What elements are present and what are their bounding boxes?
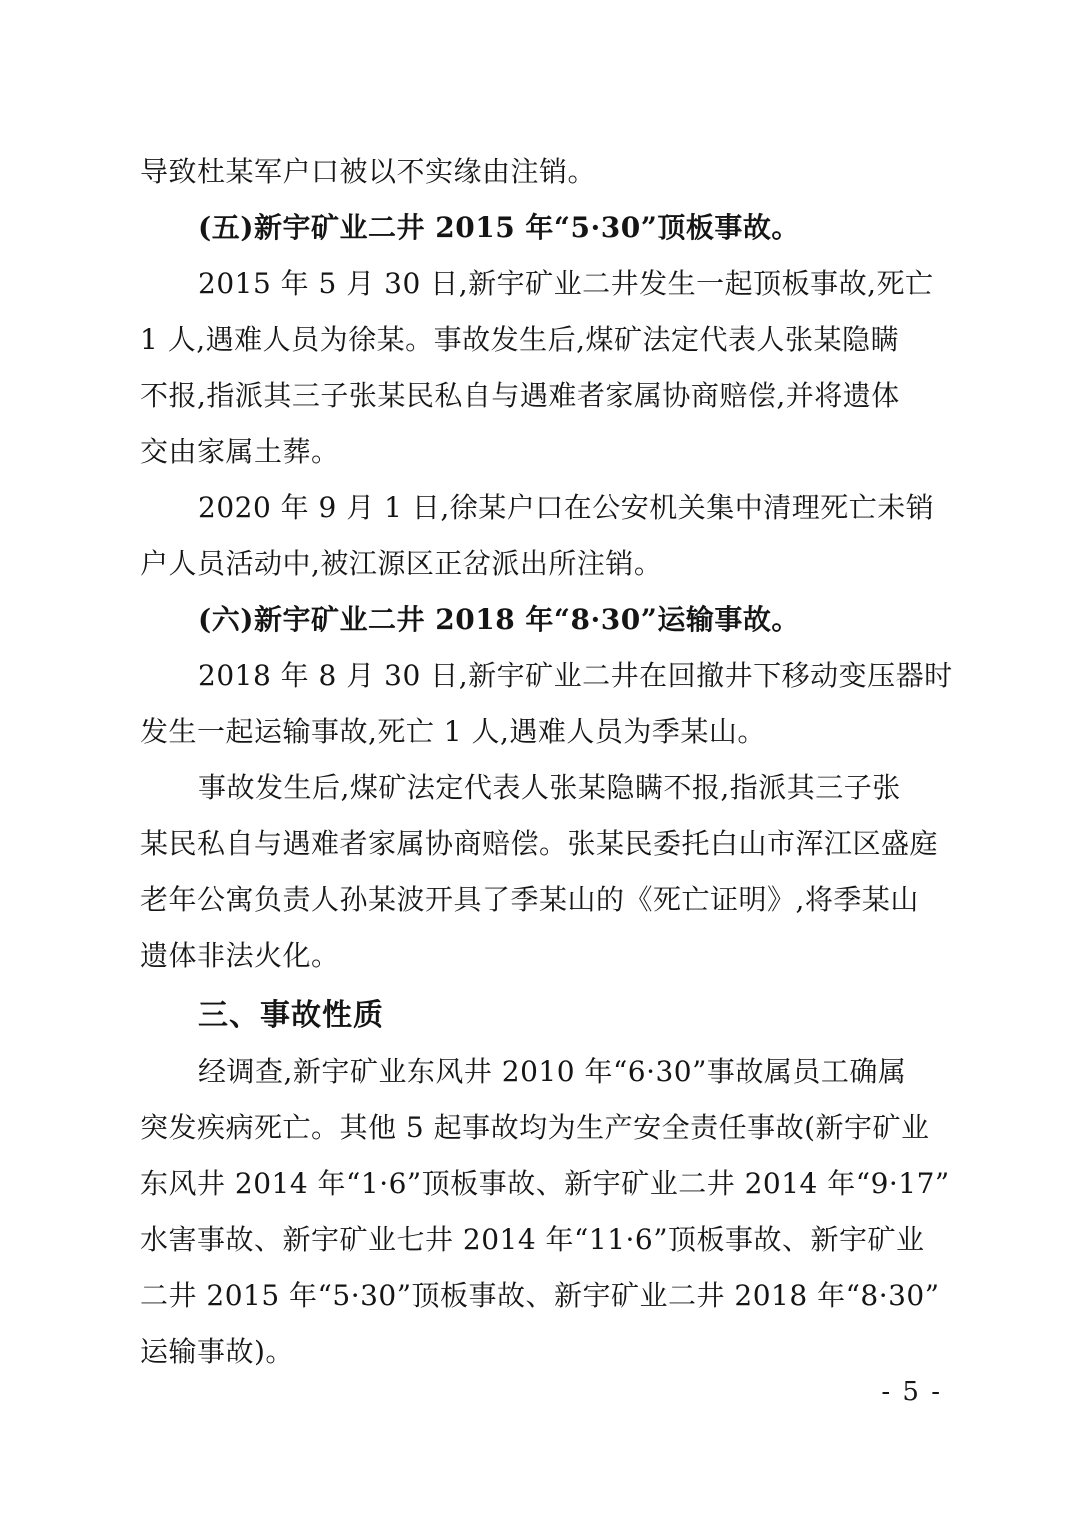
document-body: 导致杜某军户口被以不实缘由注销。 (五)新宇矿业二井 2015 年“5·30”顶…	[140, 144, 948, 1380]
document-page: 导致杜某军户口被以不实缘由注销。 (五)新宇矿业二井 2015 年“5·30”顶…	[0, 0, 1080, 1527]
text-line: 2020 年 9 月 1 日,徐某户口在公安机关集中清理死亡未销	[140, 480, 948, 536]
text-line: 导致杜某军户口被以不实缘由注销。	[140, 144, 948, 200]
text-line: 户人员活动中,被江源区正岔派出所注销。	[140, 536, 948, 592]
text-line: 遗体非法火化。	[140, 928, 948, 984]
text-line: 水害事故、新宇矿业七井 2014 年“11·6”顶板事故、新宇矿业	[140, 1212, 948, 1268]
section-heading-5: (五)新宇矿业二井 2015 年“5·30”顶板事故。	[140, 200, 948, 256]
text-line: 1 人,遇难人员为徐某。事故发生后,煤矿法定代表人张某隐瞒	[140, 312, 948, 368]
text-line: 经调查,新宇矿业东风井 2010 年“6·30”事故属员工确属	[140, 1044, 948, 1100]
text-line: 不报,指派其三子张某民私自与遇难者家属协商赔偿,并将遗体	[140, 368, 948, 424]
section-heading-6: (六)新宇矿业二井 2018 年“8·30”运输事故。	[140, 592, 948, 648]
text-line: 突发疾病死亡。其他 5 起事故均为生产安全责任事故(新宇矿业	[140, 1100, 948, 1156]
page-number: - 5 -	[881, 1372, 942, 1412]
text-line: 老年公寓负责人孙某波开具了季某山的《死亡证明》,将季某山	[140, 872, 948, 928]
text-line: 2018 年 8 月 30 日,新宇矿业二井在回撤井下移动变压器时	[140, 648, 948, 704]
text-line: 发生一起运输事故,死亡 1 人,遇难人员为季某山。	[140, 704, 948, 760]
text-line: 东风井 2014 年“1·6”顶板事故、新宇矿业二井 2014 年“9·17”	[140, 1156, 948, 1212]
text-line: 2015 年 5 月 30 日,新宇矿业二井发生一起顶板事故,死亡	[140, 256, 948, 312]
text-line: 运输事故)。	[140, 1324, 948, 1380]
text-line: 二井 2015 年“5·30”顶板事故、新宇矿业二井 2018 年“8·30”	[140, 1268, 948, 1324]
text-line: 某民私自与遇难者家属协商赔偿。张某民委托白山市浑江区盛庭	[140, 816, 948, 872]
text-line: 事故发生后,煤矿法定代表人张某隐瞒不报,指派其三子张	[140, 760, 948, 816]
text-line: 交由家属土葬。	[140, 424, 948, 480]
section-heading-accident-nature: 三、事故性质	[140, 988, 948, 1044]
